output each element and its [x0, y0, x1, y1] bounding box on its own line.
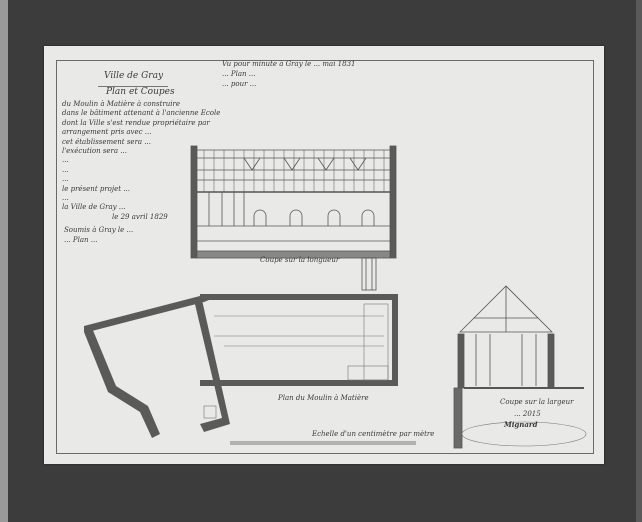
label-cross-section: Coupe sur la largeur — [500, 398, 573, 407]
photo-edge-right — [636, 0, 642, 522]
long-section — [191, 146, 396, 290]
drawing-sheet: Ville de Gray Plan et Coupes du Moulin à… — [44, 46, 604, 464]
signature-right-1: ... 2015 — [514, 410, 541, 419]
label-long-section: Coupe sur la longueur — [260, 256, 339, 265]
label-scale: Echelle d'un centimètre par mètre — [312, 430, 434, 439]
label-plan: Plan du Moulin à Matière — [278, 394, 369, 403]
photo-edge-left — [0, 0, 8, 522]
signature-right-2: Mignard — [504, 420, 538, 429]
scale-bar — [230, 442, 416, 444]
